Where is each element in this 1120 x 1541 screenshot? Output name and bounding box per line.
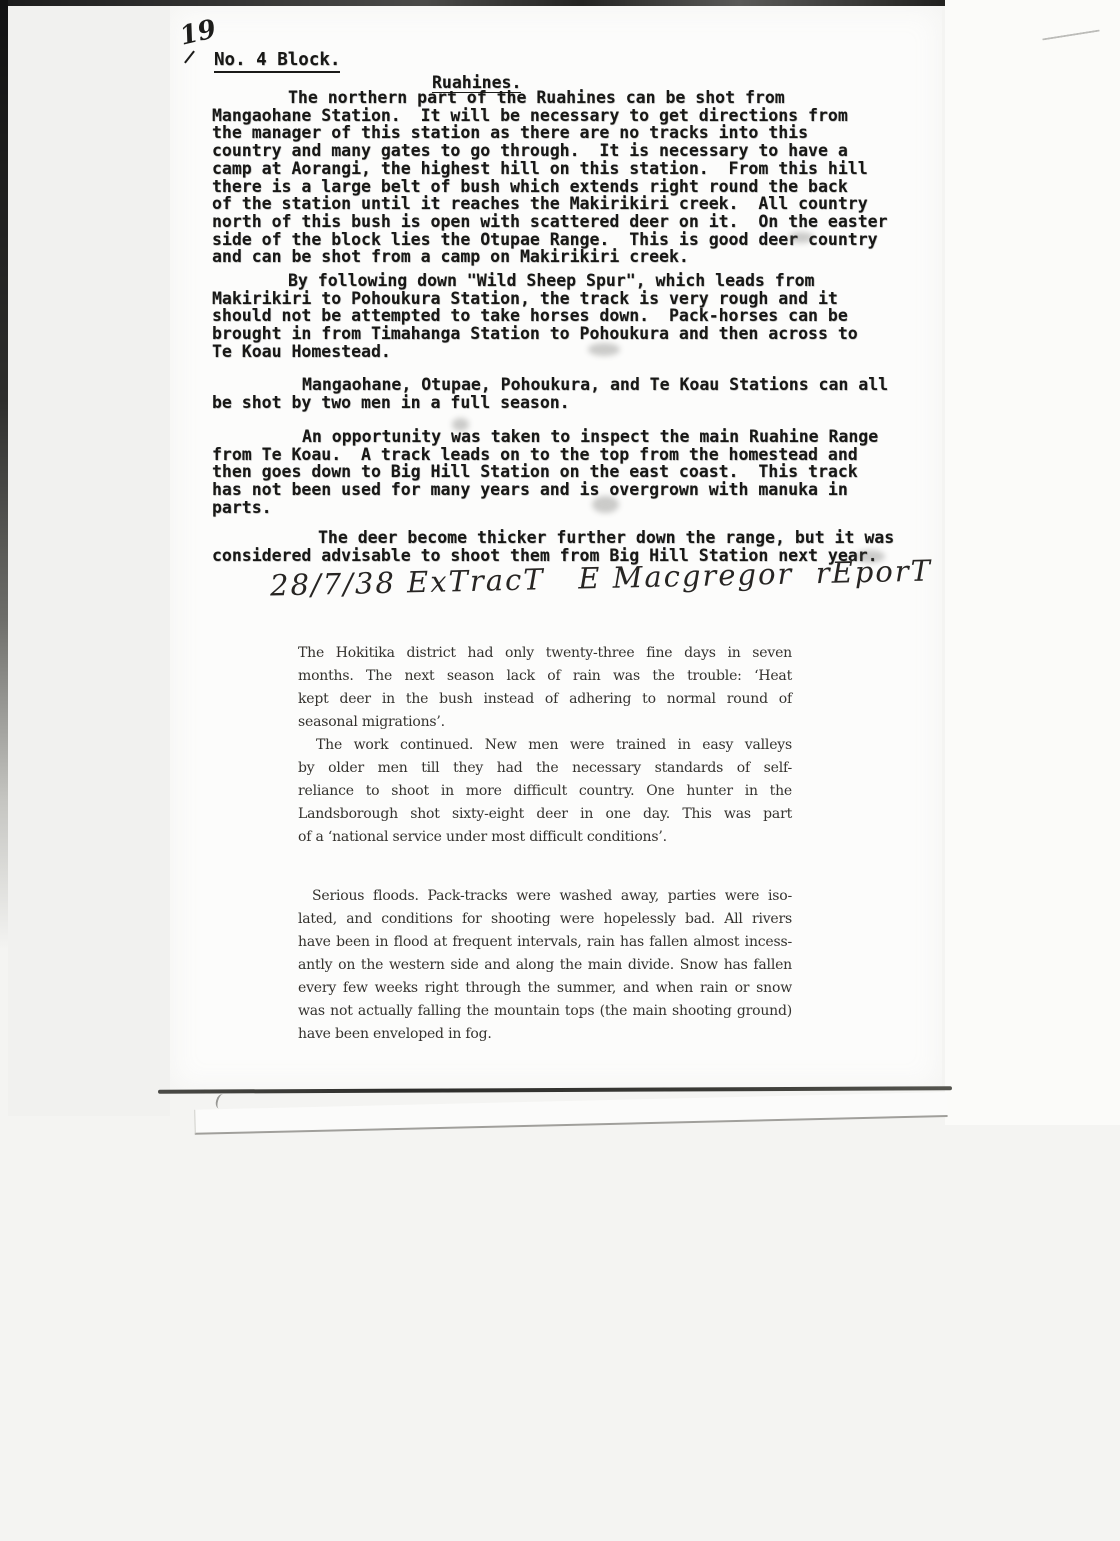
printed-line: Landsborough shot sixty-eight deer in on…: [298, 803, 792, 826]
typed-line: country and many gates to go through. It…: [212, 142, 902, 160]
typed-line: parts.: [212, 499, 902, 517]
handwritten-page-number: 19: [177, 14, 219, 51]
printed-line: The Hokitika district had only twenty-th…: [298, 642, 792, 665]
printed-line: months. The next season lack of rain was…: [298, 665, 792, 688]
printed-line: reliance to shoot in more difficult coun…: [298, 780, 792, 803]
typed-line: the manager of this station as there are…: [212, 124, 902, 142]
pen-slash-mark: [184, 50, 195, 63]
scanner-right-margin: [945, 0, 1120, 1125]
pen-squiggle-mark: [214, 1093, 228, 1110]
typed-line: be shot by two men in a full season.: [212, 394, 902, 412]
printed-line: kept deer in the bush instead of adherin…: [298, 688, 792, 711]
typed-line: from Te Koau. A track leads on to the to…: [212, 446, 902, 464]
printed-line: of a ‘national service under most diffic…: [298, 826, 792, 849]
printed-line: antly on the western side and along the …: [298, 954, 792, 977]
ink-smudge: [592, 496, 619, 513]
typed-line: By following down "Wild Sheep Spur", whi…: [212, 272, 902, 290]
scanned-document: 19 No. 4 Block. Ruahines. The northern p…: [0, 0, 1120, 1541]
typed-line: there is a large belt of bush which exte…: [212, 178, 902, 196]
ink-smudge: [452, 418, 469, 431]
typed-line: brought in from Timahanga Station to Poh…: [212, 325, 902, 343]
printed-line: was not actually falling the mountain to…: [298, 1000, 792, 1023]
typed-line: Mangaohane Station. It will be necessary…: [212, 107, 902, 125]
typed-paragraph: Mangaohane, Otupae, Pohoukura, and Te Ko…: [212, 376, 902, 411]
printed-line: by older men till they had the necessary…: [298, 757, 792, 780]
typed-line: The northern part of the Ruahines can be…: [212, 89, 902, 107]
scanner-left-edge-shadow: [0, 0, 8, 1000]
typed-line: An opportunity was taken to inspect the …: [212, 428, 902, 446]
document-page: 19 No. 4 Block. Ruahines. The northern p…: [170, 6, 942, 1090]
ink-smudge: [855, 550, 885, 563]
printed-line: have been in flood at frequent intervals…: [298, 931, 792, 954]
ink-smudge: [588, 343, 620, 356]
printed-line: Serious floods. Pack-tracks were washed …: [298, 885, 792, 908]
typed-line: Mangaohane, Otupae, Pohoukura, and Te Ko…: [212, 376, 902, 394]
typed-line: Makirikiri to Pohoukura Station, the tra…: [212, 290, 902, 308]
printed-line: have been enveloped in fog.: [298, 1023, 792, 1046]
printed-line: every few weeks right through the summer…: [298, 977, 792, 1000]
typed-line: of the station until it reaches the Maki…: [212, 195, 902, 213]
typed-line: camp at Aorangi, the highest hill on thi…: [212, 160, 902, 178]
printed-line: seasonal migrations’.: [298, 711, 792, 734]
printed-line: The work continued. New men were trained…: [298, 734, 792, 757]
printed-line: lated, and conditions for shooting were …: [298, 908, 792, 931]
typed-line: and can be shot from a camp on Makirikir…: [212, 248, 902, 266]
typed-line: Te Koau Homestead.: [212, 343, 902, 361]
typed-line: should not be attempted to take horses d…: [212, 307, 902, 325]
typed-line: has not been used for many years and is …: [212, 481, 902, 499]
scanner-left-margin: [8, 6, 170, 1116]
underlying-sheet-edge: [194, 1092, 947, 1135]
typed-paragraph: An opportunity was taken to inspect the …: [212, 428, 902, 517]
printed-excerpt: Serious floods. Pack-tracks were washed …: [298, 885, 792, 1046]
typed-line: north of this bush is open with scattere…: [212, 213, 902, 231]
typed-line: then goes down to Big Hill Station on th…: [212, 463, 902, 481]
typed-paragraph: By following down "Wild Sheep Spur", whi…: [212, 272, 902, 361]
printed-excerpt: The Hokitika district had only twenty-th…: [298, 642, 792, 849]
ink-smudge: [788, 232, 814, 243]
typed-line: The deer become thicker further down the…: [212, 529, 902, 547]
block-heading: No. 4 Block.: [214, 50, 340, 73]
